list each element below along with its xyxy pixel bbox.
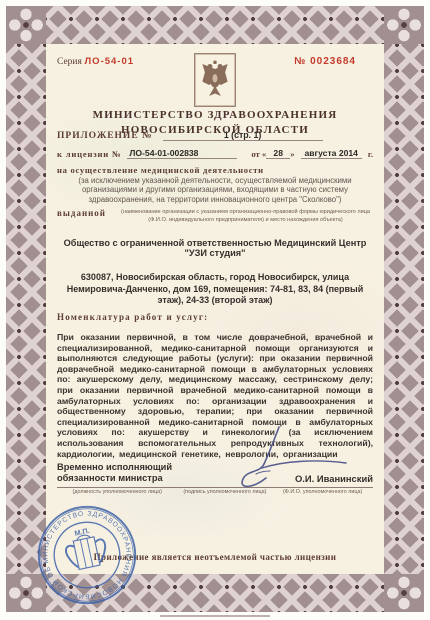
official-seal: МИНИСТЕРСТВО ЗДРАВООХРАНЕНИЯ НОВОСИБИРСК… [24,492,150,618]
date-year-suffix: г. [368,149,373,159]
license-row: к лицензии № ЛО-54-01-002838 от « 28 » а… [57,148,373,159]
nomenclature-title: Номенклатура работ и услуг: [57,312,208,322]
license-annex-document: Серия ЛО-54-01 № 0023684 МИНИСТЕР [0,0,430,620]
signer-position: Временно исполняющий обязанности министр… [57,462,177,484]
issued-row: выданной (наименование организации с ука… [57,208,373,225]
handwritten-signature [196,422,356,494]
series-label: Серия [57,57,82,67]
document-number: № 0023684 [294,56,356,67]
annex-value: 1 (стр. 1) [163,130,323,141]
series: Серия ЛО-54-01 [57,56,134,67]
double-eagle-icon [199,58,231,102]
issued-note-line1: (наименование организации с указанием ор… [121,209,370,215]
border-band-right [384,6,424,612]
border-corner-ornament [384,6,424,44]
issued-note-line2: (Ф.И.О. индивидуального предпринимателя)… [148,217,343,223]
activity-note: (за исключением указанной деятельности, … [72,176,358,204]
issued-note: (наименование организации с указанием ор… [118,208,373,225]
signer-position-block: Временно исполняющий обязанности министр… [57,462,177,495]
activity-title: на осуществление медицинской деятельност… [57,165,264,175]
date-from-label: от « [251,149,266,159]
microprint-line [160,615,270,617]
svg-text:МИНИСТЕРСТВО ЗДРАВООХРАНЕНИЯ Н: МИНИСТЕРСТВО ЗДРАВООХРАНЕНИЯ НОВОСИБИРСК… [24,492,140,610]
annex-label: ПРИЛОЖЕНИЕ № [57,131,153,141]
border-band-top [6,6,424,44]
annex-row: ПРИЛОЖЕНИЕ № 1 (стр. 1) [57,130,324,141]
organization-address: 630087, Новосибирская область, город Нов… [54,272,376,307]
license-number: ЛО-54-01-002838 [127,148,237,159]
license-label: к лицензии № [57,149,121,159]
date-day: 28 [266,148,290,159]
border-corner-ornament [6,6,46,44]
paper-sheet: Серия ЛО-54-01 № 0023684 МИНИСТЕР [46,44,384,574]
organization-name: Общество с ограниченной ответственностью… [52,238,378,258]
date-month-year: августа 2014 [301,148,362,159]
seal-rim-text: МИНИСТЕРСТВО ЗДРАВООХРАНЕНИЯ НОВОСИБИРСК… [24,492,140,610]
coat-of-arms-frame [194,53,236,107]
series-value: ЛО-54-01 [85,56,135,67]
date-close-quote: » [290,149,294,159]
ministry-line1: МИНИСТЕРСТВО ЗДРАВООХРАНЕНИЯ [46,108,384,123]
border-corner-ornament [384,574,424,612]
issued-label: выданной [57,208,106,218]
